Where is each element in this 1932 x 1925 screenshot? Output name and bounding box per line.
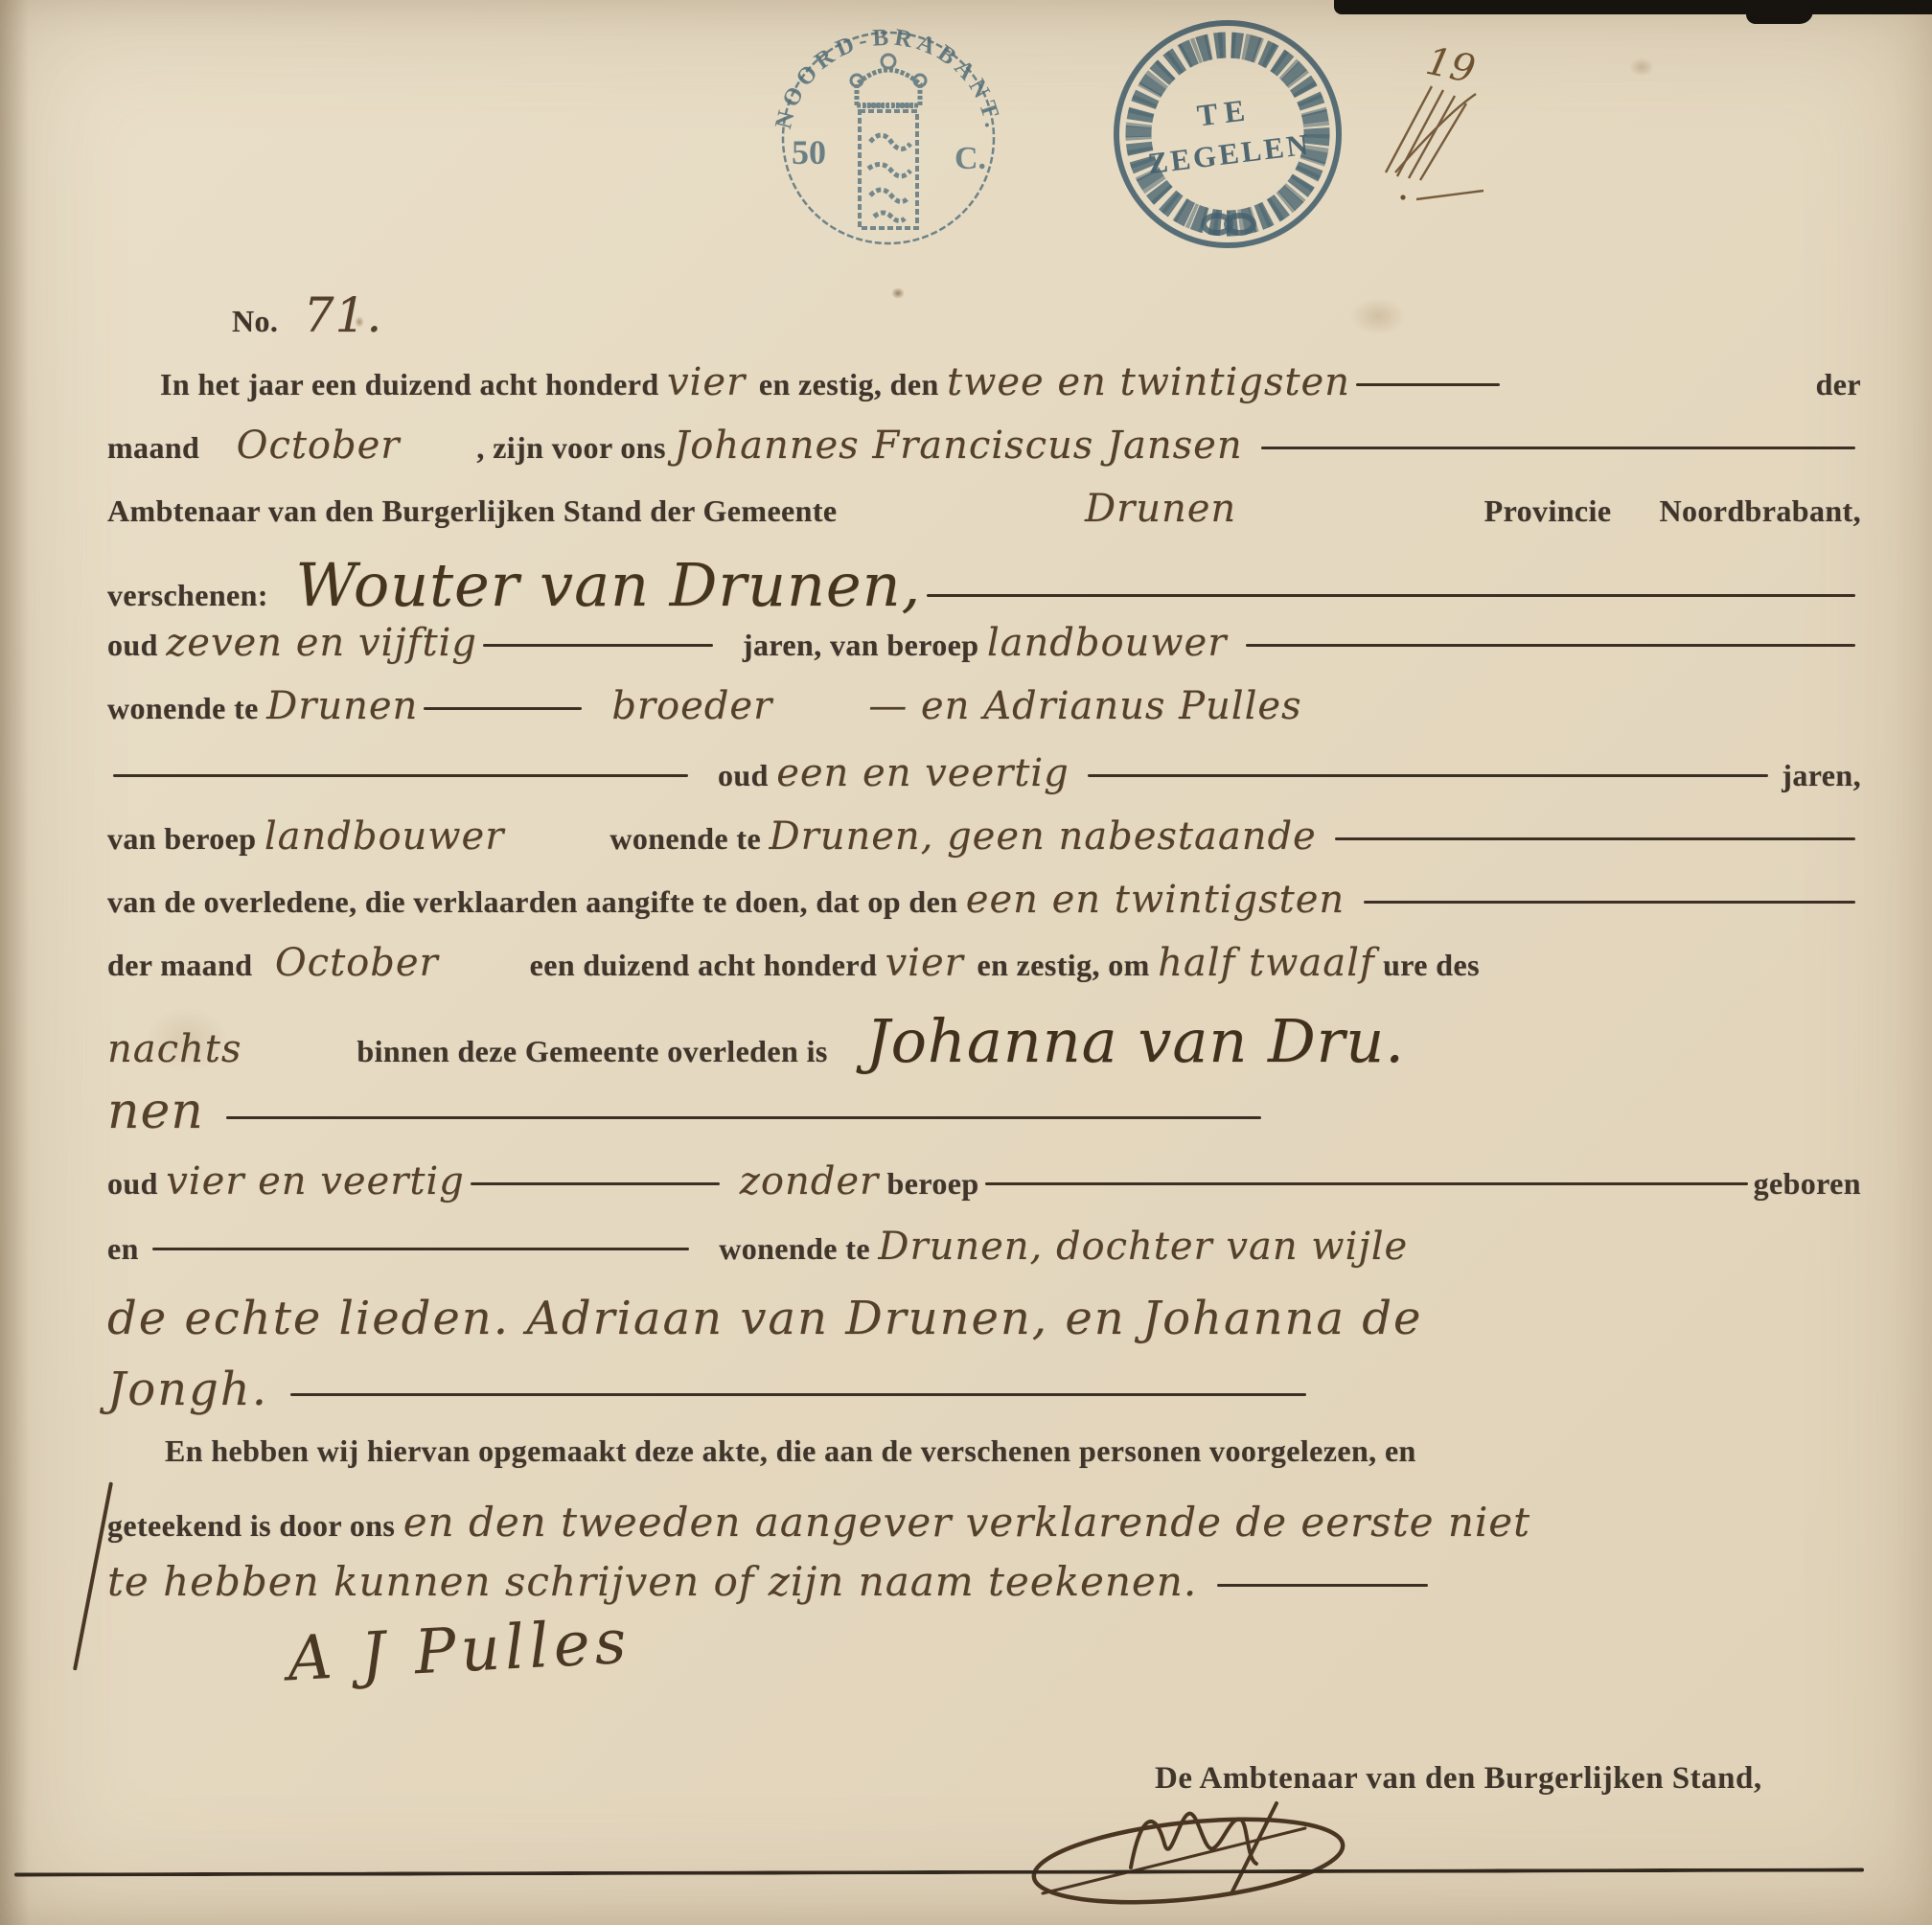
printed-text: ure des xyxy=(1375,948,1480,983)
handwritten-text: te hebben kunnen schrijven of zijn naam … xyxy=(107,1558,1211,1605)
ink-rule xyxy=(1217,1584,1428,1587)
bottom-rule xyxy=(14,1868,1864,1876)
printed-text: een duizend acht honderd xyxy=(530,948,885,983)
printed-text: en zestig, den xyxy=(759,367,947,402)
ink-rule xyxy=(424,707,582,710)
act-line-9: van de overledene, die verklaarden aangi… xyxy=(107,878,1861,941)
ink-rule xyxy=(1088,774,1767,777)
handwritten-text: nen xyxy=(107,1083,220,1140)
act-line-3: Ambtenaar van den Burgerlijken Stand der… xyxy=(107,487,1861,550)
printed-text: En hebben wij hiervan opgemaakt deze akt… xyxy=(165,1433,1416,1469)
act-line-18: geteekend is door ons en den tweeden aan… xyxy=(107,1499,1861,1558)
handwritten-text: Drunen xyxy=(266,684,418,728)
act-line-10: der maand Octobereen duizend acht honder… xyxy=(107,941,1861,1006)
ink-rule xyxy=(1356,383,1500,386)
tax-stamp: NOORD-BRABANT. 50 C. xyxy=(767,15,1010,257)
seal-text-line2: ZEGELEN xyxy=(1146,127,1313,181)
printed-text: wonende te xyxy=(107,691,266,726)
handwritten-text: de echte lieden. Adriaan van Drunen, en … xyxy=(107,1292,1422,1345)
handwritten-text: October xyxy=(275,941,439,985)
printed-text: In het jaar een duizend acht honderd xyxy=(160,367,667,402)
printed-text: jaren, xyxy=(1774,758,1861,793)
declarant-signature: A J Pulles xyxy=(286,1607,632,1696)
handwritten-text: landbouwer xyxy=(987,621,1240,665)
ink-rule xyxy=(985,1182,1748,1185)
handwritten-text: Wouter van Drunen, xyxy=(295,550,921,620)
act-line-8: van beroep landbouwerwonende te Drunen, … xyxy=(107,814,1861,878)
handwritten-text: twee en twintigsten xyxy=(947,360,1350,404)
shield-lion-icon xyxy=(860,111,917,228)
act-line-17: En hebben wij hiervan opgemaakt deze akt… xyxy=(107,1433,1861,1499)
printed-text: geboren xyxy=(1754,1166,1861,1202)
ink-rule xyxy=(1261,447,1855,449)
printed-text: beroep xyxy=(879,1166,978,1202)
printed-text: van beroep xyxy=(107,821,264,857)
ink-rule xyxy=(1246,644,1855,647)
scan-top-notch xyxy=(1746,0,1813,24)
handwritten-text: een en veertig xyxy=(776,751,1082,795)
act-line-13: oud vier en veertigzonder beroepgeboren xyxy=(107,1159,1861,1225)
seal-stamp: TE ZEGELEN xyxy=(1104,6,1351,263)
printed-text: wonende te xyxy=(719,1231,878,1267)
folio-number: 19 xyxy=(1422,39,1479,93)
act-line-1: In het jaar een duizend acht honderd vie… xyxy=(107,360,1861,424)
printed-text: verschenen: xyxy=(107,578,276,613)
handwritten-text: Drunen, geen nabestaande xyxy=(770,814,1330,859)
printed-text: jaren, van beroep xyxy=(743,628,987,663)
handwritten-text: vier xyxy=(667,360,759,404)
printed-text: Noordbrabant, xyxy=(1659,493,1861,529)
page-left-edge xyxy=(0,0,29,1925)
ink-rule xyxy=(483,644,713,647)
handwritten-text: broeder xyxy=(611,684,772,728)
act-line-12: nen xyxy=(107,1083,1861,1159)
printed-text: , zijn voor ons xyxy=(476,430,674,466)
act-lines: No. 71.In het jaar een duizend acht hond… xyxy=(107,287,1861,1617)
tax-stamp-value-right: C. xyxy=(954,141,986,176)
act-line-5: oud zeven en vijftigjaren, van beroep la… xyxy=(107,621,1861,684)
ink-rule xyxy=(927,594,1855,597)
act-line-14: en wonende te Drunen, dochter van wijle xyxy=(107,1225,1861,1292)
paraph-dot xyxy=(1400,195,1405,199)
printed-text: en xyxy=(107,1231,147,1267)
handwritten-text: Johannes Franciscus Jansen xyxy=(674,424,1255,468)
handwritten-text: vier en veertig xyxy=(166,1159,465,1203)
handwritten-text: Johanna van Dru. xyxy=(866,1006,1405,1076)
printed-text: binnen deze Gemeente overleden is xyxy=(356,1034,827,1069)
tax-stamp-value-left: 50 xyxy=(792,133,826,172)
printed-text: oud xyxy=(107,1166,166,1202)
paraph-scribble xyxy=(1386,86,1483,199)
handwritten-text: en den tweeden aangever verklarende de e… xyxy=(403,1499,1530,1546)
printed-text: en zestig, om xyxy=(977,948,1158,983)
ink-rule xyxy=(152,1248,689,1250)
act-line-2: maand October, zijn voor ons Johannes Fr… xyxy=(107,424,1861,487)
handwritten-text: 71. xyxy=(304,287,383,343)
printed-text: der xyxy=(1816,367,1861,402)
seal-text-line1: TE xyxy=(1195,92,1253,133)
ink-rule xyxy=(226,1116,1261,1119)
scanned-death-certificate: { "stamps": { "tax": { "arc_text": "NOOR… xyxy=(0,0,1932,1925)
act-line-4: verschenen: Wouter van Drunen, xyxy=(107,550,1861,621)
printed-text: van de overledene, die verklaarden aangi… xyxy=(107,884,966,920)
ink-rule xyxy=(1364,901,1855,904)
tax-stamp-arc-text: NOORD-BRABANT. xyxy=(770,24,1006,133)
handwritten-text: vier xyxy=(885,941,977,985)
printed-text: wonende te xyxy=(609,821,769,857)
handwritten-text: een en twintigsten xyxy=(966,878,1358,922)
handwritten-text: landbouwer xyxy=(264,814,505,859)
handwritten-text: Jongh. xyxy=(107,1363,285,1416)
printed-text: maand xyxy=(107,430,208,466)
svg-text:NOORD-BRABANT.: NOORD-BRABANT. xyxy=(770,24,1006,133)
printed-text: oud xyxy=(107,628,166,663)
handwritten-text: October xyxy=(237,424,401,468)
margin-note: 19 xyxy=(1368,27,1522,218)
printed-text: Provincie xyxy=(1484,493,1612,529)
act-line-11: nachtsbinnen deze Gemeente overleden isJ… xyxy=(107,1006,1861,1083)
ink-rule xyxy=(113,774,688,777)
handwritten-text: zonder xyxy=(740,1159,879,1203)
handwritten-text: Drunen xyxy=(1085,487,1236,531)
printed-text: oud xyxy=(718,758,776,793)
scan-top-edge xyxy=(1334,0,1932,14)
printed-text: der maand xyxy=(107,948,261,983)
act-line-0: No. 71. xyxy=(232,287,1861,355)
handwritten-text: — en Adrianus Pulles xyxy=(868,684,1301,728)
handwritten-text: half twaalf xyxy=(1158,941,1375,985)
act-line-15: de echte lieden. Adriaan van Drunen, en … xyxy=(107,1292,1861,1363)
handwritten-text: nachts xyxy=(107,1027,241,1071)
paper-stain xyxy=(1629,57,1654,77)
printed-text: Ambtenaar van den Burgerlijken Stand der… xyxy=(107,493,838,529)
handwritten-text: Drunen, dochter van wijle xyxy=(878,1225,1408,1269)
ink-rule xyxy=(290,1393,1306,1396)
officer-signature xyxy=(987,1776,1409,1913)
crown-icon xyxy=(851,55,926,105)
act-line-19: te hebben kunnen schrijven of zijn naam … xyxy=(107,1558,1861,1617)
ink-rule xyxy=(1335,837,1855,840)
act-line-7: oud een en veertig jaren, xyxy=(107,751,1861,814)
printed-text: geteekend is door ons xyxy=(107,1508,403,1544)
act-line-16: Jongh. xyxy=(107,1363,1861,1433)
printed-text: No. xyxy=(232,304,287,339)
handwritten-text: zeven en vijftig xyxy=(166,621,477,665)
ink-rule xyxy=(471,1182,720,1185)
act-line-6: wonende te Drunenbroeder— en Adrianus Pu… xyxy=(107,684,1861,751)
